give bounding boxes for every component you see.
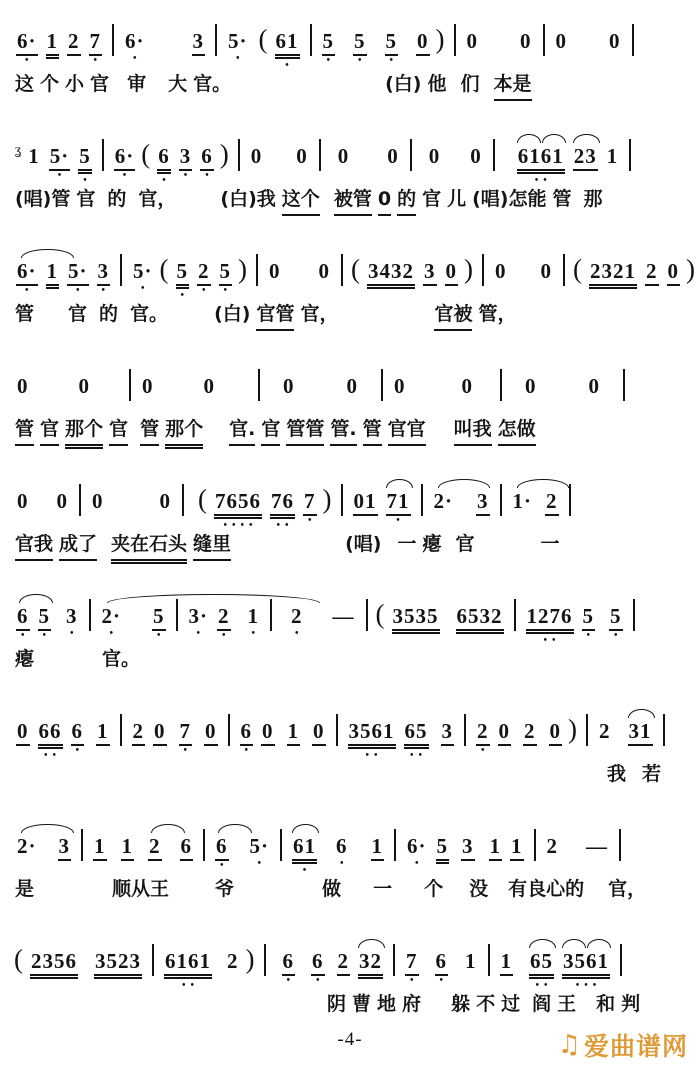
note-token: 76•• xyxy=(270,491,295,516)
barline xyxy=(632,24,634,56)
note-token: 0 xyxy=(78,376,92,399)
note-token: 6161•• xyxy=(517,146,565,171)
lyric-token: 0 xyxy=(378,188,391,216)
lyrics-line: 我若 xyxy=(12,763,692,795)
notation-systems: 6·•127•6·•35·•(61•5•5•5•0)0000这个小官审大官。(白… xyxy=(12,8,692,1025)
lyric-token: 成了 xyxy=(59,533,97,561)
spacer xyxy=(172,894,212,895)
octave-dots: • xyxy=(405,978,419,984)
note-token: 2356 xyxy=(30,951,78,976)
note-token: 2 xyxy=(226,951,240,974)
note-token: 2 xyxy=(523,721,537,746)
barline xyxy=(336,714,338,746)
lyrics-line: 瘪官。 xyxy=(12,648,692,680)
note-token: 0 xyxy=(91,491,105,514)
octave-dots: • xyxy=(132,286,154,292)
note-token: 5• xyxy=(353,31,367,56)
barline xyxy=(182,484,184,516)
note-token: 6• xyxy=(200,146,214,171)
tie-arc xyxy=(517,479,570,488)
barline xyxy=(381,369,383,401)
lyric-token: 小 xyxy=(65,73,84,99)
lyrics-line: 这个小官审大官。(白)他们本是 xyxy=(12,73,692,105)
barline xyxy=(215,24,217,56)
spacer xyxy=(444,549,452,550)
spacer xyxy=(458,507,472,508)
note-token: 6• xyxy=(215,836,229,861)
note-token: 2· xyxy=(433,491,455,514)
spacer xyxy=(150,47,188,48)
octave-dots: • xyxy=(227,56,249,62)
note-token: 0 xyxy=(608,31,622,54)
note-token: 0 xyxy=(386,146,400,169)
note-token: 0 xyxy=(261,721,275,746)
note-token: 1 xyxy=(46,261,60,286)
notation-system: 6•5•3•2·•5•3·•2•1•2•—(353565321276••5•5•… xyxy=(12,583,692,680)
note-token: 2• xyxy=(197,261,211,286)
music-notes-icon: ♫ xyxy=(558,1030,581,1060)
note-token: 0 xyxy=(498,721,512,746)
spacer xyxy=(329,967,333,968)
octave-dots: • xyxy=(97,288,111,294)
octave-dots: • xyxy=(609,633,623,639)
parenthesis: ( xyxy=(258,26,270,55)
barline xyxy=(310,24,312,56)
spacer xyxy=(339,47,349,48)
barline xyxy=(464,714,466,746)
octave-dots: •• xyxy=(38,753,63,759)
note-token: 6·• xyxy=(406,836,428,859)
lyric-token: 本是 xyxy=(494,73,532,101)
octave-dots: • xyxy=(335,861,349,867)
notation-system: 6·•15·•3•5·•(5•2•5•)00(343230)00(232120)… xyxy=(12,238,692,335)
note-token: 2 xyxy=(337,951,351,976)
octave-dots: • xyxy=(114,173,136,179)
parenthesis: ) xyxy=(463,256,475,285)
note-token: 6• xyxy=(335,836,349,859)
lyric-token: 管 xyxy=(15,303,34,329)
note-token: 66•• xyxy=(38,721,63,746)
parenthesis: ) xyxy=(237,256,249,285)
note-token: 0 xyxy=(16,376,30,399)
lyric-token: 管， xyxy=(478,303,516,329)
tie-arc xyxy=(628,709,655,718)
notes-line: 6·•15·•3•5·•(5•2•5•)00(343230)00(232120) xyxy=(12,238,692,296)
spacer xyxy=(299,967,307,968)
spacer xyxy=(278,622,286,623)
spacer xyxy=(517,967,525,968)
octave-dots: • xyxy=(38,633,52,639)
lyric-token: 怎做 xyxy=(498,418,536,446)
barline xyxy=(482,254,484,286)
octave-dots: • xyxy=(67,288,89,294)
lyrics-line: 官我成了夹在石头缝里(唱)一瘪官一 xyxy=(12,533,692,565)
lyric-token: 叫我 xyxy=(454,418,492,446)
spacer xyxy=(131,434,137,435)
lyric-token: 他 xyxy=(427,73,446,99)
note-token: 3535 xyxy=(392,606,440,631)
octave-dots: • xyxy=(292,868,317,874)
notes-line: 0000000000 xyxy=(12,353,692,411)
lyric-token: 被管 xyxy=(334,188,372,216)
note-token: 5• xyxy=(38,606,52,631)
octave-dots: • xyxy=(435,978,449,984)
tie-arc xyxy=(151,824,185,833)
note-token: 0 xyxy=(588,376,602,399)
note-token: 3 xyxy=(461,836,475,861)
page-footer: -4- ♫ 爱曲谱网 xyxy=(0,1013,700,1073)
note-token: 61• xyxy=(275,31,300,56)
spacer xyxy=(327,162,333,163)
note-token: 7• xyxy=(89,31,103,56)
spacer xyxy=(453,852,457,853)
spacer xyxy=(95,392,123,393)
spacer xyxy=(272,967,278,968)
spacer xyxy=(308,622,328,623)
note-token: 3• xyxy=(179,146,193,171)
tie-arc xyxy=(21,249,74,258)
octave-dots: • xyxy=(101,631,123,637)
barline xyxy=(79,484,81,516)
note-token: 1 xyxy=(510,836,524,861)
lyric-token: 那个 xyxy=(165,418,203,446)
spacer xyxy=(42,852,54,853)
notation-system: 6·•127•6·•35·•(61•5•5•5•0)0000这个小官审大官。(白… xyxy=(12,8,692,105)
lyric-token: 们 xyxy=(461,73,480,99)
lyric-token: 瘪 xyxy=(422,533,441,559)
spacer xyxy=(363,392,375,393)
lyric-token: 是 xyxy=(15,878,34,904)
lyric-token: (白) xyxy=(385,73,421,99)
tie-arc xyxy=(19,594,53,603)
note-token: 0 xyxy=(346,376,360,399)
note-token: 6532 xyxy=(456,606,504,631)
spacer xyxy=(286,277,314,278)
note-token: 0 xyxy=(337,146,351,169)
spacer xyxy=(267,162,291,163)
note-token: 65•• xyxy=(529,951,554,976)
note-token: 0 xyxy=(295,146,309,169)
note-token: 0 xyxy=(416,31,430,56)
note-token: 6 xyxy=(180,836,194,861)
lyric-token: (白) xyxy=(214,303,250,329)
note-token: 2 xyxy=(67,31,81,56)
spacer xyxy=(237,894,319,895)
note-token: 3• xyxy=(65,606,79,629)
note-token: 1· xyxy=(512,491,534,514)
lyrics-line: 是顺从王爷做一个没有良心的官， xyxy=(12,878,692,910)
spacer xyxy=(266,392,278,393)
note-token: 1 xyxy=(287,721,301,746)
note-token: 0 xyxy=(312,721,326,746)
octave-dots: • xyxy=(219,288,233,294)
lyric-token: 官 xyxy=(90,73,109,99)
notation-system: 2·311266•5·•61•6•16·•53112—是顺从王爷做一个没有良心的… xyxy=(12,813,692,910)
note-token: 5• xyxy=(219,261,233,286)
spacer xyxy=(354,162,382,163)
note-token: 3 xyxy=(192,31,206,56)
tie-arc xyxy=(292,824,319,833)
spacer xyxy=(523,1009,529,1010)
octave-dots: • xyxy=(176,293,190,299)
parenthesis: ) xyxy=(435,26,447,55)
note-token: 2• xyxy=(217,606,231,631)
octave-dots: •• xyxy=(348,753,396,759)
lyric-token: 的 xyxy=(107,188,126,214)
spacer xyxy=(515,737,519,738)
tie-arc xyxy=(386,479,413,488)
lyric-token: 那 xyxy=(584,188,603,214)
spacer xyxy=(587,894,605,895)
octave-dots: • xyxy=(71,748,85,754)
note-token: 1 xyxy=(121,836,135,861)
spacer xyxy=(55,622,61,623)
note-token: 01 xyxy=(353,491,378,516)
notation-system: 0000(7656••••76••7•)0171•2·31·2官我成了夹在石头缝… xyxy=(12,468,692,565)
spacer xyxy=(563,852,581,853)
note-token: 31 xyxy=(628,721,653,746)
barline xyxy=(264,944,266,976)
note-token: 0 xyxy=(555,31,569,54)
spacer xyxy=(88,737,92,738)
lyric-token: 爷 xyxy=(215,878,234,904)
octave-dots: • xyxy=(89,58,103,64)
octave-dots: • xyxy=(78,178,92,184)
lyric-token: 官。 xyxy=(102,648,140,674)
spacer xyxy=(179,204,217,205)
note-token: — xyxy=(585,836,609,859)
tie-arc xyxy=(218,824,252,833)
note-token: 3432 xyxy=(367,261,415,286)
lyric-token: 管 xyxy=(140,418,159,446)
spacer xyxy=(542,392,584,393)
note-token: 3·• xyxy=(188,606,210,629)
lyric-token: 个 xyxy=(424,878,443,904)
lyric-token: 瘪 xyxy=(15,648,34,674)
tie-arc xyxy=(587,939,611,948)
lyric-token: 官 xyxy=(68,303,87,329)
octave-dots: •• xyxy=(529,983,554,989)
note-token: 0 xyxy=(318,261,332,284)
note-token: 0 xyxy=(16,491,30,514)
spacer xyxy=(579,1009,593,1010)
barline xyxy=(203,829,205,861)
note-token: 7• xyxy=(405,951,419,976)
spacer xyxy=(235,622,243,623)
barline xyxy=(663,714,665,746)
lyric-token: 官 xyxy=(109,418,128,446)
spacer xyxy=(100,549,108,550)
barline xyxy=(129,369,131,401)
notes-line: 2·311266•5·•61•6•16·•53112— xyxy=(12,813,692,871)
barline xyxy=(500,369,502,401)
octave-dots: • xyxy=(197,288,211,294)
spacer xyxy=(501,162,513,163)
spacer xyxy=(452,967,460,968)
note-token: 0 xyxy=(393,376,407,399)
spacer xyxy=(384,549,394,550)
barline xyxy=(629,139,631,171)
octave-dots: • xyxy=(385,58,399,64)
lyric-token: 缝里 xyxy=(193,533,231,561)
spacer xyxy=(112,89,124,90)
barline xyxy=(488,944,490,976)
note-token: 6161•• xyxy=(164,951,212,976)
tie-arc xyxy=(529,939,556,948)
note-token: 0 xyxy=(667,261,681,286)
barline xyxy=(500,484,502,516)
spacer xyxy=(166,852,176,853)
parenthesis: ( xyxy=(350,256,362,285)
parenthesis: ( xyxy=(140,141,152,170)
note-token: 71• xyxy=(386,491,411,516)
notation-system: ʓ15·•5•6·•(6•3•6•)0000006161••231(唱)管官的官… xyxy=(12,123,692,220)
spacer xyxy=(323,204,331,205)
barline xyxy=(623,369,625,401)
note-token: 2321 xyxy=(589,261,637,286)
lyric-token: 官， xyxy=(608,878,646,904)
notation-system: (235635236161••2)6•6•2327•6•1165••3561••… xyxy=(12,928,692,1025)
spacer xyxy=(423,967,431,968)
barline xyxy=(341,254,343,286)
spacer xyxy=(129,204,135,205)
spacer xyxy=(395,894,421,895)
octave-dots: • xyxy=(16,58,38,64)
parenthesis: ) xyxy=(567,716,579,745)
lyric-token: 有良心的 xyxy=(508,878,584,904)
note-token: 5·• xyxy=(67,261,89,286)
note-token: 5• xyxy=(176,261,190,286)
note-token: 6• xyxy=(16,606,30,631)
octave-dots: • xyxy=(217,633,231,639)
note-token: 0 xyxy=(16,721,30,746)
note-token: 5·• xyxy=(132,261,154,284)
tie-arc xyxy=(107,594,320,603)
spacer xyxy=(537,507,541,508)
spacer xyxy=(446,894,466,895)
note-token: 32 xyxy=(358,951,383,976)
octave-dots: • xyxy=(249,861,271,867)
note-token: 5• xyxy=(152,606,166,631)
octave-dots: • xyxy=(247,631,261,637)
parenthesis: ( xyxy=(572,256,584,285)
spacer xyxy=(34,507,52,508)
parenthesis: ) xyxy=(685,256,697,285)
site-watermark: ♫ 爱曲谱网 xyxy=(558,1027,688,1063)
note-token: 5• xyxy=(582,606,596,631)
barline xyxy=(102,139,104,171)
note-token: — xyxy=(332,606,356,629)
note-token: 5·• xyxy=(249,836,271,859)
note-token: 6• xyxy=(311,951,325,976)
spacer xyxy=(304,737,308,738)
spacer xyxy=(483,47,515,48)
spacer xyxy=(149,89,165,90)
spacer xyxy=(171,319,211,320)
parenthesis: ) xyxy=(245,946,257,975)
notes-line: 0000(7656••••76••7•)0171•2·31·2 xyxy=(12,468,692,526)
note-token: 7• xyxy=(179,721,193,746)
octave-dots: • xyxy=(406,861,428,867)
note-token: 0 xyxy=(141,376,155,399)
spacer xyxy=(138,852,144,853)
lyric-token: 官 xyxy=(261,418,280,446)
lyric-token: (唱) xyxy=(345,533,381,559)
spacer xyxy=(353,852,367,853)
lyric-token: 官我 xyxy=(15,533,53,561)
barline xyxy=(534,829,536,861)
note-token: 0 xyxy=(250,146,264,169)
octave-dots: • xyxy=(275,63,300,69)
tie-arc xyxy=(21,824,74,833)
lyrics-line: (唱)管官的官，(白)我这个被管0的官儿(唱)怎能管那 xyxy=(12,188,692,220)
spacer xyxy=(12,1009,324,1010)
lyrics-line: 管官那个官管那个官.官管管管.管官官叫我怎做 xyxy=(12,418,692,450)
lyric-token: 管 xyxy=(15,418,34,446)
note-token: 5·• xyxy=(49,146,71,171)
barline xyxy=(620,944,622,976)
note-token: 0 xyxy=(469,146,483,169)
octave-dots: ••• xyxy=(562,983,610,989)
spacer xyxy=(234,89,382,90)
lyric-token: 官 xyxy=(40,418,59,446)
lyric-token: 的 xyxy=(99,303,118,329)
barline xyxy=(270,599,272,631)
note-token: 3523 xyxy=(94,951,142,976)
octave-dots: •• xyxy=(164,983,212,989)
spacer xyxy=(234,549,342,550)
octave-dots: • xyxy=(386,518,411,524)
spacer xyxy=(541,737,545,738)
octave-dots: • xyxy=(157,178,171,184)
spacer xyxy=(629,779,639,780)
barline xyxy=(319,139,321,171)
parenthesis: ) xyxy=(219,141,231,170)
tie-arc xyxy=(358,939,385,948)
note-token: 1 xyxy=(93,836,107,861)
barline xyxy=(394,829,396,861)
lyric-token: 管 xyxy=(552,188,571,214)
parenthesis: ( xyxy=(13,946,25,975)
note-token: 0 xyxy=(203,376,217,399)
note-token: 23 xyxy=(573,146,598,171)
spacer xyxy=(371,47,381,48)
octave-dots: • xyxy=(582,633,596,639)
octave-dots: • xyxy=(188,631,210,637)
octave-dots: • xyxy=(200,173,214,179)
lyric-token: 做 xyxy=(322,878,341,904)
notes-line: 066••6•1207•06•0103561••65••32•020)231 xyxy=(12,698,692,756)
note-token: 3• xyxy=(97,261,111,286)
octave-dots: • xyxy=(16,633,30,639)
spacer xyxy=(575,204,581,205)
spacer xyxy=(450,89,458,90)
octave-dots: •• xyxy=(404,753,429,759)
lyric-token: 官被 xyxy=(434,303,472,331)
barline xyxy=(280,829,282,861)
tie-arc xyxy=(542,134,566,143)
tie-arc xyxy=(573,134,600,143)
octave-dots: • xyxy=(322,58,336,64)
note-token: 61• xyxy=(292,836,317,861)
lyric-token: 夹在石头 xyxy=(111,533,187,561)
lyric-token: 儿 xyxy=(447,188,466,214)
sheet-music-page: 6·•127•6·•35·•(61•5•5•5•0)0000这个小官审大官。(白… xyxy=(0,0,700,1073)
octave-dots: • xyxy=(290,631,304,637)
note-token: 2 xyxy=(545,491,559,516)
lyric-token: 官. xyxy=(229,418,255,446)
note-token: 6·• xyxy=(16,31,38,56)
